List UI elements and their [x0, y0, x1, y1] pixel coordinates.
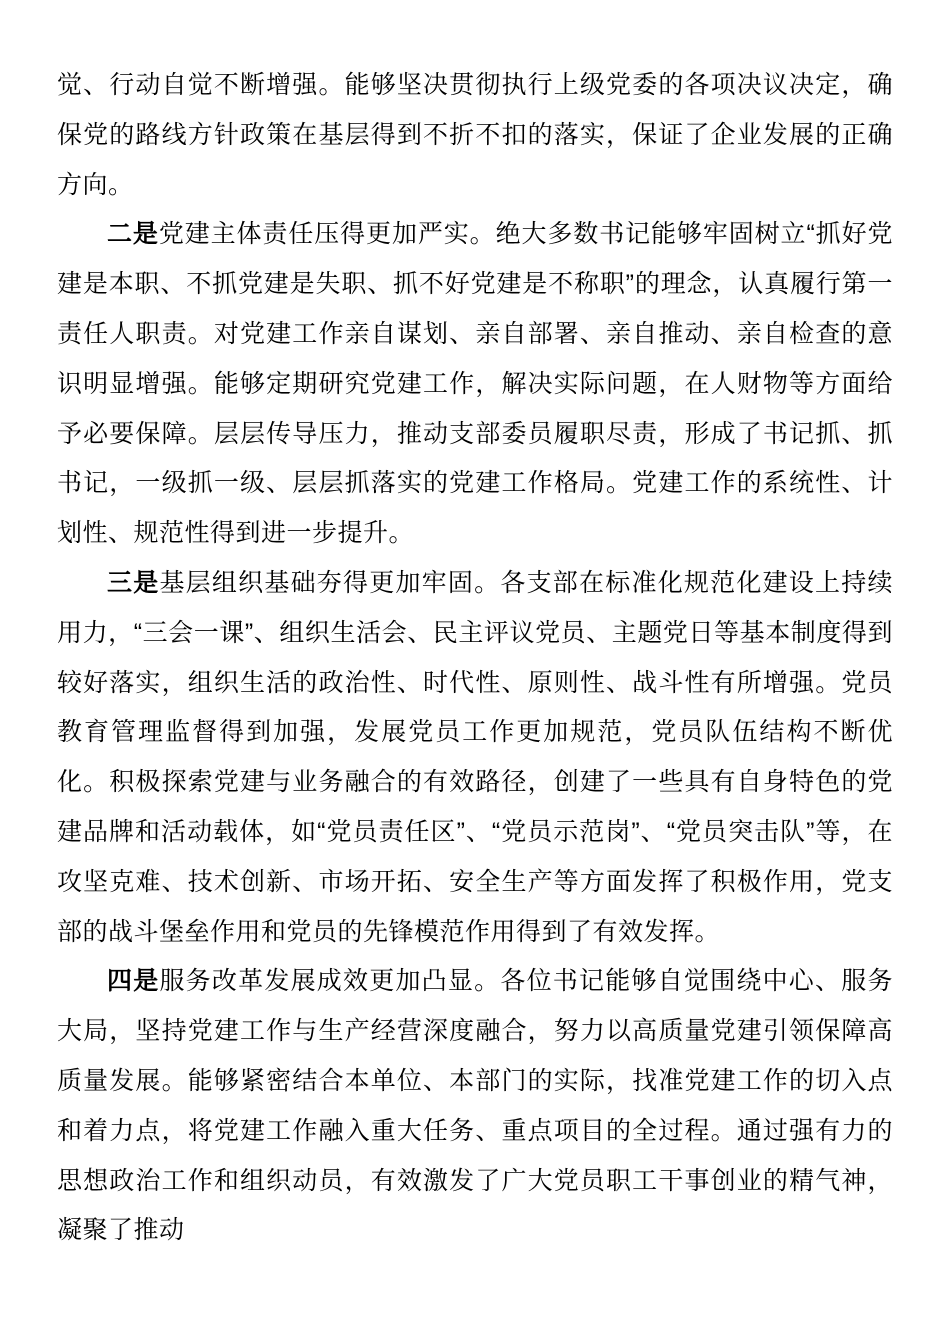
paragraph-text: 服务改革发展成效更加凸显。各位书记能够自觉围绕中心、服务大局，坚持党建工作与生产… — [57, 967, 893, 1244]
paragraph-lead: 三是 — [107, 569, 159, 597]
document-page: 觉、行动自觉不断增强。能够坚决贯彻执行上级党委的各项决议决定，确保党的路线方针政… — [0, 0, 950, 1344]
paragraph-lead: 四是 — [107, 967, 159, 995]
paragraph-second-point: 二是党建主体责任压得更加严实。绝大多数书记能够牢固树立“抓好党建是本职、不抓党建… — [57, 210, 893, 559]
paragraph-text: 党建主体责任压得更加严实。绝大多数书记能够牢固树立“抓好党建是本职、不抓党建是失… — [57, 220, 893, 547]
paragraph-fourth-point: 四是服务改革发展成效更加凸显。各位书记能够自觉围绕中心、服务大局，坚持党建工作与… — [57, 957, 893, 1256]
paragraph-continuation: 觉、行动自觉不断增强。能够坚决贯彻执行上级党委的各项决议决定，确保党的路线方针政… — [57, 61, 893, 210]
paragraph-third-point: 三是基层组织基础夯得更加牢固。各支部在标准化规范化建设上持续用力，“三会一课”、… — [57, 559, 893, 957]
paragraph-text: 基层组织基础夯得更加牢固。各支部在标准化规范化建设上持续用力，“三会一课”、组织… — [57, 569, 893, 946]
paragraph-lead: 二是 — [107, 220, 159, 248]
paragraph-text: 觉、行动自觉不断增强。能够坚决贯彻执行上级党委的各项决议决定，确保党的路线方针政… — [57, 71, 893, 199]
